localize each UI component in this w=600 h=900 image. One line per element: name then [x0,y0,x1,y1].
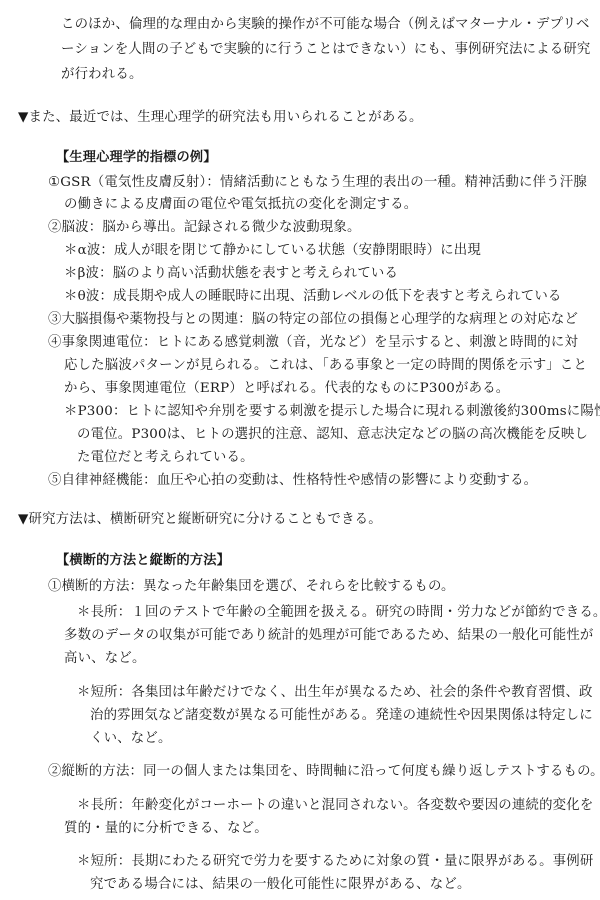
text-line: くい、など。 [90,730,172,748]
list-item-brain-damage: ③大脳損傷や薬物投与との関連：脳の特定の部位の損傷と心理学的な病理との対応など [48,311,578,329]
text-line: ーションを人間の子どもで実験的に行うことはできない）にも、事例研究法による研究 [61,41,591,59]
list-item-gsr: ①GSR（電気性皮膚反射）：情緒活動にともなう生理的表出の一種。精神活動に伴う汗… [48,174,587,192]
list-item-erp: ④事象関連電位：ヒトにある感覚刺激（音，光など）を呈示すると、刺激と時間的に対 [48,334,578,352]
list-item-eeg: ②脳波：脳から導出。記録される微少な波動現象。 [48,219,361,237]
list-item-autonomic: ⑤自律神経機能：血圧や心拍の変動は、性格特性や感情の影響により変動する。 [48,472,537,490]
text-line: 質的・量的に分析できる、など。 [64,820,268,838]
text-line: が行われる。 [61,66,143,84]
text-line: 多数のデータの収集が可能であり統計的処理が可能であるため、結果の一般化可能性が [64,627,594,645]
text-line: 応した脳波パターンが見られる。これは、「ある事象と一定の時間的関係を示す」こと [64,357,587,375]
section-heading: 【横断的方法と縦断的方法】 [56,552,230,570]
sub-item-advantage: ＊長所：年齢変化がコーホートの違いと混同されない。各変数や要因の連続的変化を [77,797,593,815]
sub-item-beta: ＊β波：脳のより高い活動状態を表すと考えられている [64,265,398,283]
sub-item-p300: ＊P300：ヒトに認知や弁別を要する刺激を提示した場合に現れる刺激後約300ms… [64,403,600,421]
text-line: た電位だと考えられている。 [77,449,254,467]
list-item-cross-sectional: ①横断的方法：異なった年齢集団を選び、それらを比較するもの。 [48,578,455,596]
sub-item-theta: ＊θ波：成長期や成人の睡眠時に出現、活動レベルの低下を表すと考えられている [64,288,562,306]
text-line: 治的雰囲気など諸変数が異なる可能性がある。発達の連続性や因果関係は特定しに [90,707,593,725]
text-line: から、事象関連電位（ERP）と呼ばれる。代表的なものにP300がある。 [64,380,509,398]
text-line: 高い、など。 [64,650,146,668]
list-item-longitudinal: ②縦断的方法：同一の個人または集団を、時間軸に沿って何度も繰り返しテストするもの… [48,763,600,781]
text-line: の働きによる皮膚面の電位や電気抵抗の変化を測定する。 [64,196,417,214]
sub-item-disadvantage: ＊短所：各集団は年齢だけでなく、出生年が異なるため、社会的条件や教育習慣、政 [77,684,593,702]
text-line: の電位。P300は、ヒトの選択的注意、認知、意志決定などの脳の高次機能を反映し [77,426,588,444]
sub-item-alpha: ＊α波：成人が眼を閉じて静かにしている状態（安静閉眼時）に出現 [64,242,481,260]
sub-item-disadvantage: ＊短所：長期にわたる研究で労力を要するために対象の質・量に限界がある。事例研 [77,853,593,871]
sub-item-advantage: ＊長所：１回のテストで年齢の全範囲を扱える。研究の時間・労力などが節約できる。 [77,604,600,622]
text-line: このほか、倫理的な理由から実験的操作が不可能な場合（例えばマターナル・デプリベ [61,16,590,34]
bullet-statement-research-methods: ▼研究方法は、横断研究と縦断研究に分けることもできる。 [18,511,382,529]
bullet-statement-physiological: ▼また、最近では、生理心理学的研究法も用いられることがある。 [18,109,423,127]
section-heading: 【生理心理学的指標の例】 [56,149,217,167]
text-line: 究である場合には、結果の一般化可能性に限界がある、など。 [90,876,471,894]
